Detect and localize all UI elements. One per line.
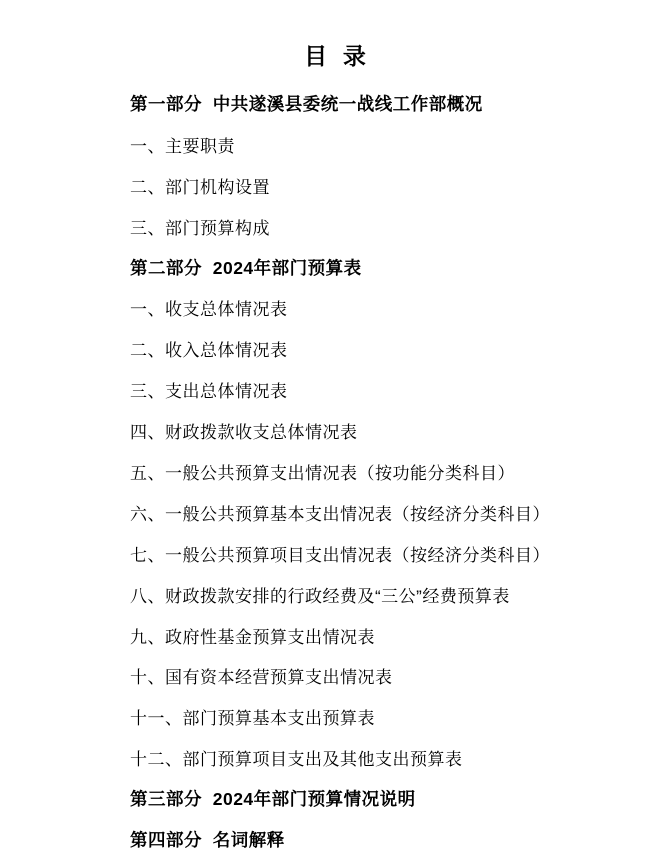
toc-item: 九、政府性基金预算支出情况表 (130, 615, 671, 656)
toc-item: 五、一般公共预算支出情况表（按功能分类科目） (130, 451, 671, 492)
toc-section-heading: 第三部分 2024年部门预算情况说明 (130, 778, 671, 819)
toc-section-heading: 第二部分 2024年部门预算表 (130, 247, 671, 288)
toc-item: 一、收支总体情况表 (130, 287, 671, 328)
toc-section-heading: 第一部分 中共遂溪县委统一战线工作部概况 (130, 83, 671, 124)
toc-item: 三、支出总体情况表 (130, 369, 671, 410)
toc-item: 三、部门预算构成 (130, 206, 671, 247)
toc-item: 十二、部门预算项目支出及其他支出预算表 (130, 737, 671, 778)
toc-item: 四、财政拨款收支总体情况表 (130, 410, 671, 451)
toc-item: 十一、部门预算基本支出预算表 (130, 696, 671, 737)
toc-section-heading: 第四部分 名词解释 (130, 819, 671, 859)
toc-item: 八、财政拨款安排的行政经费及“三公”经费预算表 (130, 574, 671, 615)
toc-item: 六、一般公共预算基本支出情况表（按经济分类科目） (130, 492, 671, 533)
page-title: 目 录 (0, 0, 671, 71)
toc-list: 第一部分 中共遂溪县委统一战线工作部概况一、主要职责二、部门机构设置三、部门预算… (0, 83, 671, 859)
toc-item: 二、收入总体情况表 (130, 328, 671, 369)
toc-item: 十、国有资本经营预算支出情况表 (130, 655, 671, 696)
toc-item: 二、部门机构设置 (130, 165, 671, 206)
toc-item: 一、主要职责 (130, 124, 671, 165)
toc-item: 七、一般公共预算项目支出情况表（按经济分类科目） (130, 533, 671, 574)
document-page: 目 录 第一部分 中共遂溪县委统一战线工作部概况一、主要职责二、部门机构设置三、… (0, 0, 671, 859)
